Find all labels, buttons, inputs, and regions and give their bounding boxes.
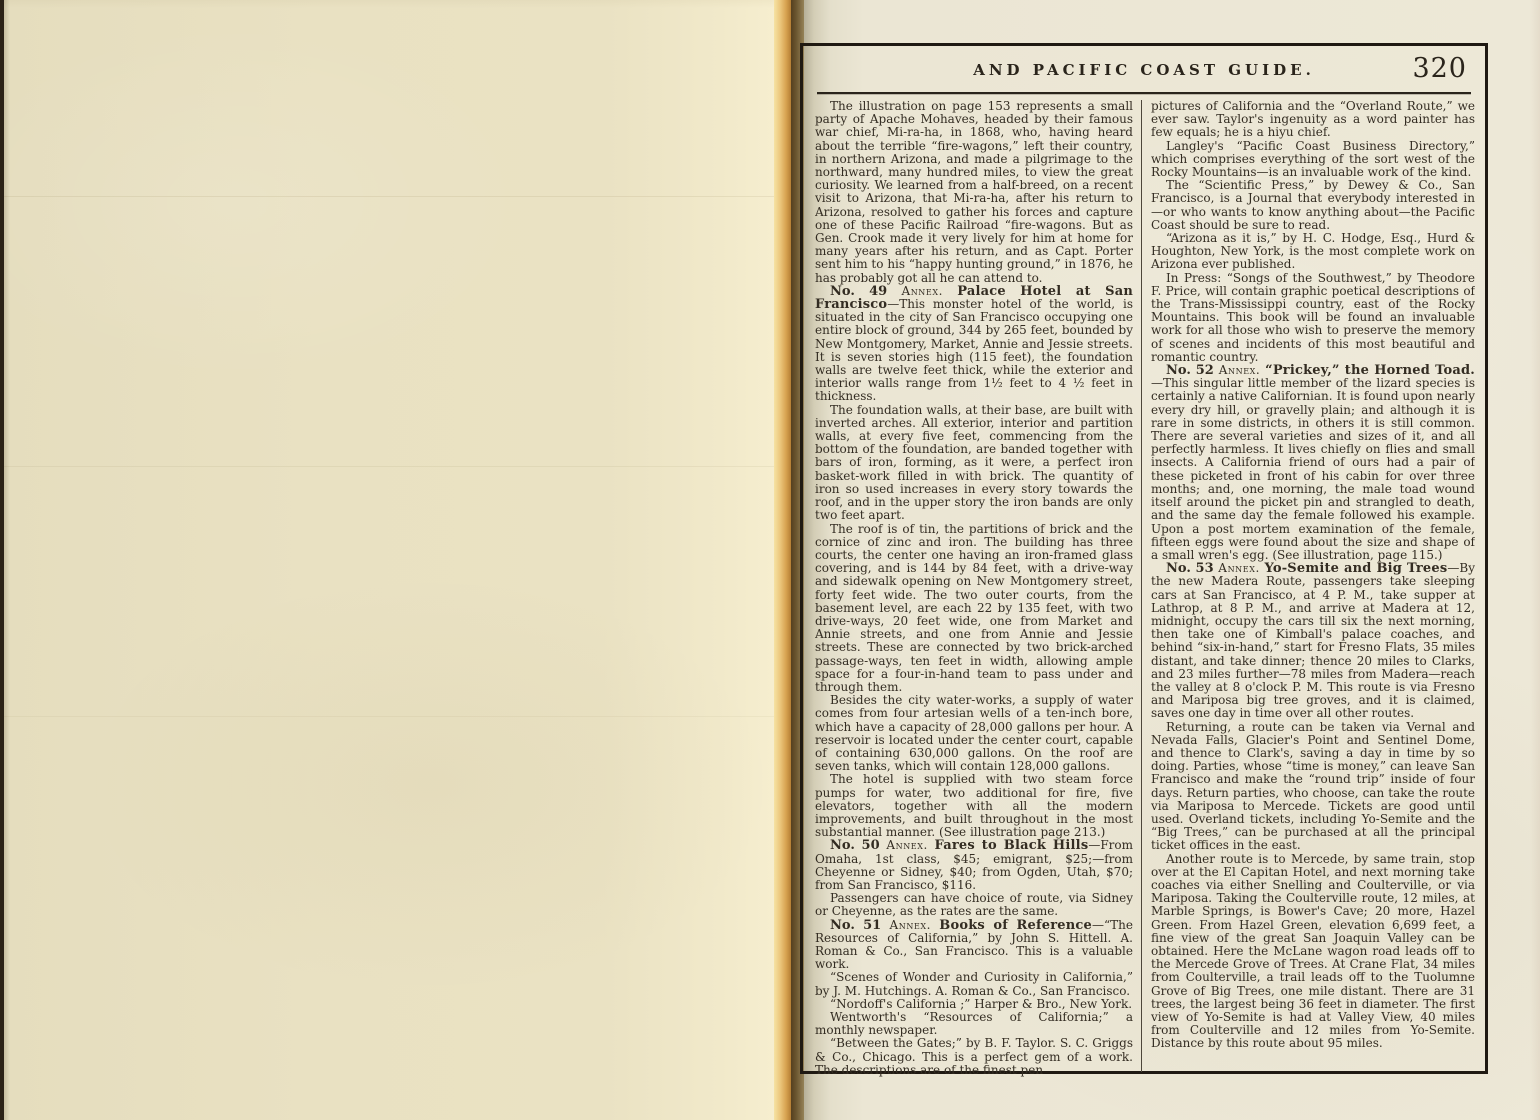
paragraph-text: The hotel is supplied with two steam for… [815, 772, 1133, 839]
paragraph: No. 51 Annex. Books of Reference—“The Re… [815, 919, 1133, 972]
paragraph-text: “Arizona as it is,” by H. C. Hodge, Esq.… [1151, 231, 1475, 271]
paragraph-text: In Press: “Songs of the Southwest,” by T… [1151, 271, 1475, 364]
paragraph-text: —By the new Madera Route, passengers tak… [1151, 561, 1475, 720]
annex-label: Annex. [886, 838, 934, 852]
right-page: AND PACIFIC COAST GUIDE. 320 The illustr… [804, 0, 1540, 1120]
paragraph-text: The foundation walls, at their base, are… [815, 403, 1133, 523]
paragraph-text: Wentworth's “Resources of California;” a… [815, 1010, 1133, 1037]
paragraph-text: —This singular little member of the liza… [1151, 376, 1475, 562]
paragraph: Another route is to Mercede, by same tra… [1151, 853, 1475, 1051]
paragraph-text: “Scenes of Wonder and Curiosity in Calif… [815, 970, 1133, 997]
paragraph-text: Returning, a route can be taken via Vern… [1151, 720, 1475, 853]
paragraph: The “Scientific Press,” by Dewey & Co., … [1151, 179, 1475, 232]
page-frame: AND PACIFIC COAST GUIDE. 320 The illustr… [800, 43, 1488, 1074]
paragraph: pictures of California and the “Overland… [1151, 100, 1475, 140]
page-edge [774, 0, 791, 1120]
paragraph-text: pictures of California and the “Overland… [1151, 100, 1475, 139]
paragraph: “Scenes of Wonder and Curiosity in Calif… [815, 971, 1133, 997]
page-title: AND PACIFIC COAST GUIDE. [973, 61, 1315, 79]
paragraph: In Press: “Songs of the Southwest,” by T… [1151, 272, 1475, 364]
paragraph: The hotel is supplied with two steam for… [815, 773, 1133, 839]
paragraph: The foundation walls, at their base, are… [815, 404, 1133, 523]
right-column: pictures of California and the “Overland… [1142, 100, 1475, 1078]
paragraph-text: Langley's “Pacific Coast Business Direct… [1151, 139, 1475, 179]
book-scan: AND PACIFIC COAST GUIDE. 320 The illustr… [0, 0, 1540, 1120]
annex-label: Annex. [1218, 561, 1264, 575]
annex-label: Annex. [901, 284, 957, 298]
header-rule [817, 92, 1471, 94]
paragraph: Besides the city water-works, a supply o… [815, 694, 1133, 773]
left-column: The illustration on page 153 represents … [815, 100, 1133, 1078]
paragraph-text: The “Scientific Press,” by Dewey & Co., … [1151, 178, 1475, 232]
paragraph-text: Another route is to Mercede, by same tra… [1151, 852, 1475, 1051]
paragraph: The roof is of tin, the partitions of br… [815, 523, 1133, 695]
paragraph: The illustration on page 153 represents … [815, 100, 1133, 285]
paragraph: Wentworth's “Resources of California;” a… [815, 1011, 1133, 1037]
paragraph: “Between the Gates;” by B. F. Taylor. S.… [815, 1037, 1133, 1077]
running-header: AND PACIFIC COAST GUIDE. 320 [803, 52, 1485, 90]
paragraph: Returning, a route can be taken via Vern… [1151, 721, 1475, 853]
annex-label: Annex. [1219, 363, 1265, 377]
paragraph-text: “Between the Gates;” by B. F. Taylor. S.… [815, 1036, 1133, 1076]
paragraph: Passengers can have choice of route, via… [815, 892, 1133, 918]
paragraph: “Arizona as it is,” by H. C. Hodge, Esq.… [1151, 232, 1475, 272]
paragraph-text: Passengers can have choice of route, via… [815, 891, 1133, 918]
paragraph: No. 49 Annex. Palace Hotel at San Franci… [815, 285, 1133, 404]
paragraph: No. 50 Annex. Fares to Black Hills—From … [815, 839, 1133, 892]
paragraph: No. 52 Annex. “Prickey,” the Horned Toad… [1151, 364, 1475, 562]
annex-label: Annex. [889, 918, 939, 932]
paragraph: No. 53 Annex. Yo-Semite and Big Trees—By… [1151, 562, 1475, 720]
left-blank-page [4, 0, 774, 1120]
page-number: 320 [1412, 53, 1467, 84]
paragraph-text: “Nordoff's California ;” Harper & Bro., … [830, 997, 1132, 1011]
paragraph-text: Besides the city water-works, a supply o… [815, 693, 1133, 773]
paragraph-text: The illustration on page 153 represents … [815, 100, 1133, 285]
paragraph-text: The roof is of tin, the partitions of br… [815, 522, 1133, 694]
paragraph-text: —This monster hotel of the world, is sit… [815, 297, 1133, 403]
text-columns: The illustration on page 153 represents … [815, 100, 1475, 1078]
paragraph: Langley's “Pacific Coast Business Direct… [1151, 140, 1475, 180]
